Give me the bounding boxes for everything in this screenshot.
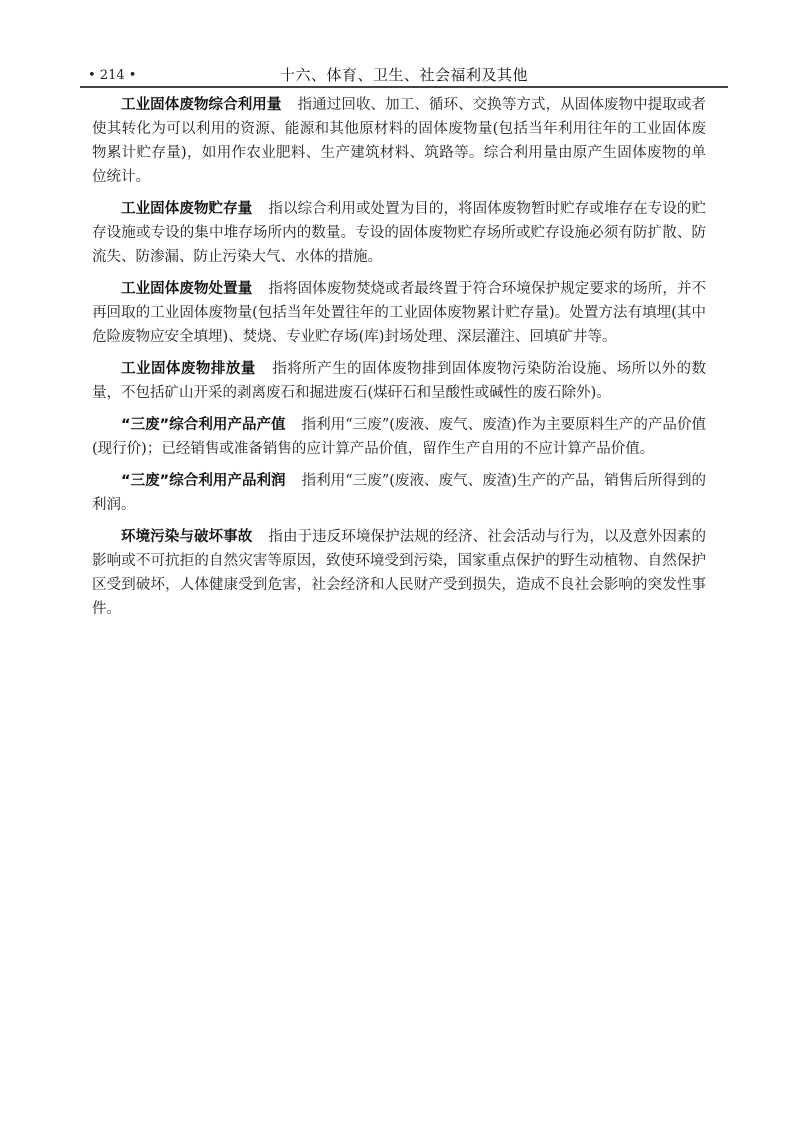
glossary-entry-pollution-accident: 环境污染与破坏事故指由于违反环境保护法规的经济、社会活动与行为，以及意外因素的影…: [92, 525, 706, 621]
entry-term: 工业固体废物处置量: [121, 281, 252, 297]
entry-term: 工业固体废物排放量: [121, 361, 256, 377]
entry-term: 环境污染与破坏事故: [121, 529, 252, 545]
glossary-entry-comprehensive-utilization: 工业固体废物综合利用量指通过回收、加工、循环、交换等方式，从固体废物中提取或者使…: [92, 93, 706, 189]
glossary-entry-product-value: “三废”综合利用产品产值指利用“三废”(废液、废气、废渣)作为主要原料生产的产品…: [92, 413, 706, 461]
entry-term: “三废”综合利用产品利润: [121, 473, 286, 489]
glossary-content: 工业固体废物综合利用量指通过回收、加工、循环、交换等方式，从固体废物中提取或者使…: [92, 93, 706, 629]
glossary-entry-disposal: 工业固体废物处置量指将固体废物焚烧或者最终置于符合环境保护规定要求的场所，并不再…: [92, 277, 706, 349]
entry-term: 工业固体废物综合利用量: [121, 97, 282, 113]
page-header: • 214 • 十六、体育、卫生、社会福利及其他: [80, 68, 728, 88]
glossary-entry-discharge: 工业固体废物排放量指将所产生的固体废物排到固体废物污染防治设施、场所以外的数量，…: [92, 357, 706, 405]
glossary-entry-storage: 工业固体废物贮存量指以综合利用或处置为目的，将固体废物暂时贮存或堆存在专设的贮存…: [92, 197, 706, 269]
glossary-entry-product-profit: “三废”综合利用产品利润指利用“三废”(废液、废气、废渣)生产的产品，销售后所得…: [92, 469, 706, 517]
entry-term: 工业固体废物贮存量: [121, 201, 252, 217]
chapter-title: 十六、体育、卫生、社会福利及其他: [80, 67, 728, 84]
entry-term: “三废”综合利用产品产值: [121, 417, 286, 433]
